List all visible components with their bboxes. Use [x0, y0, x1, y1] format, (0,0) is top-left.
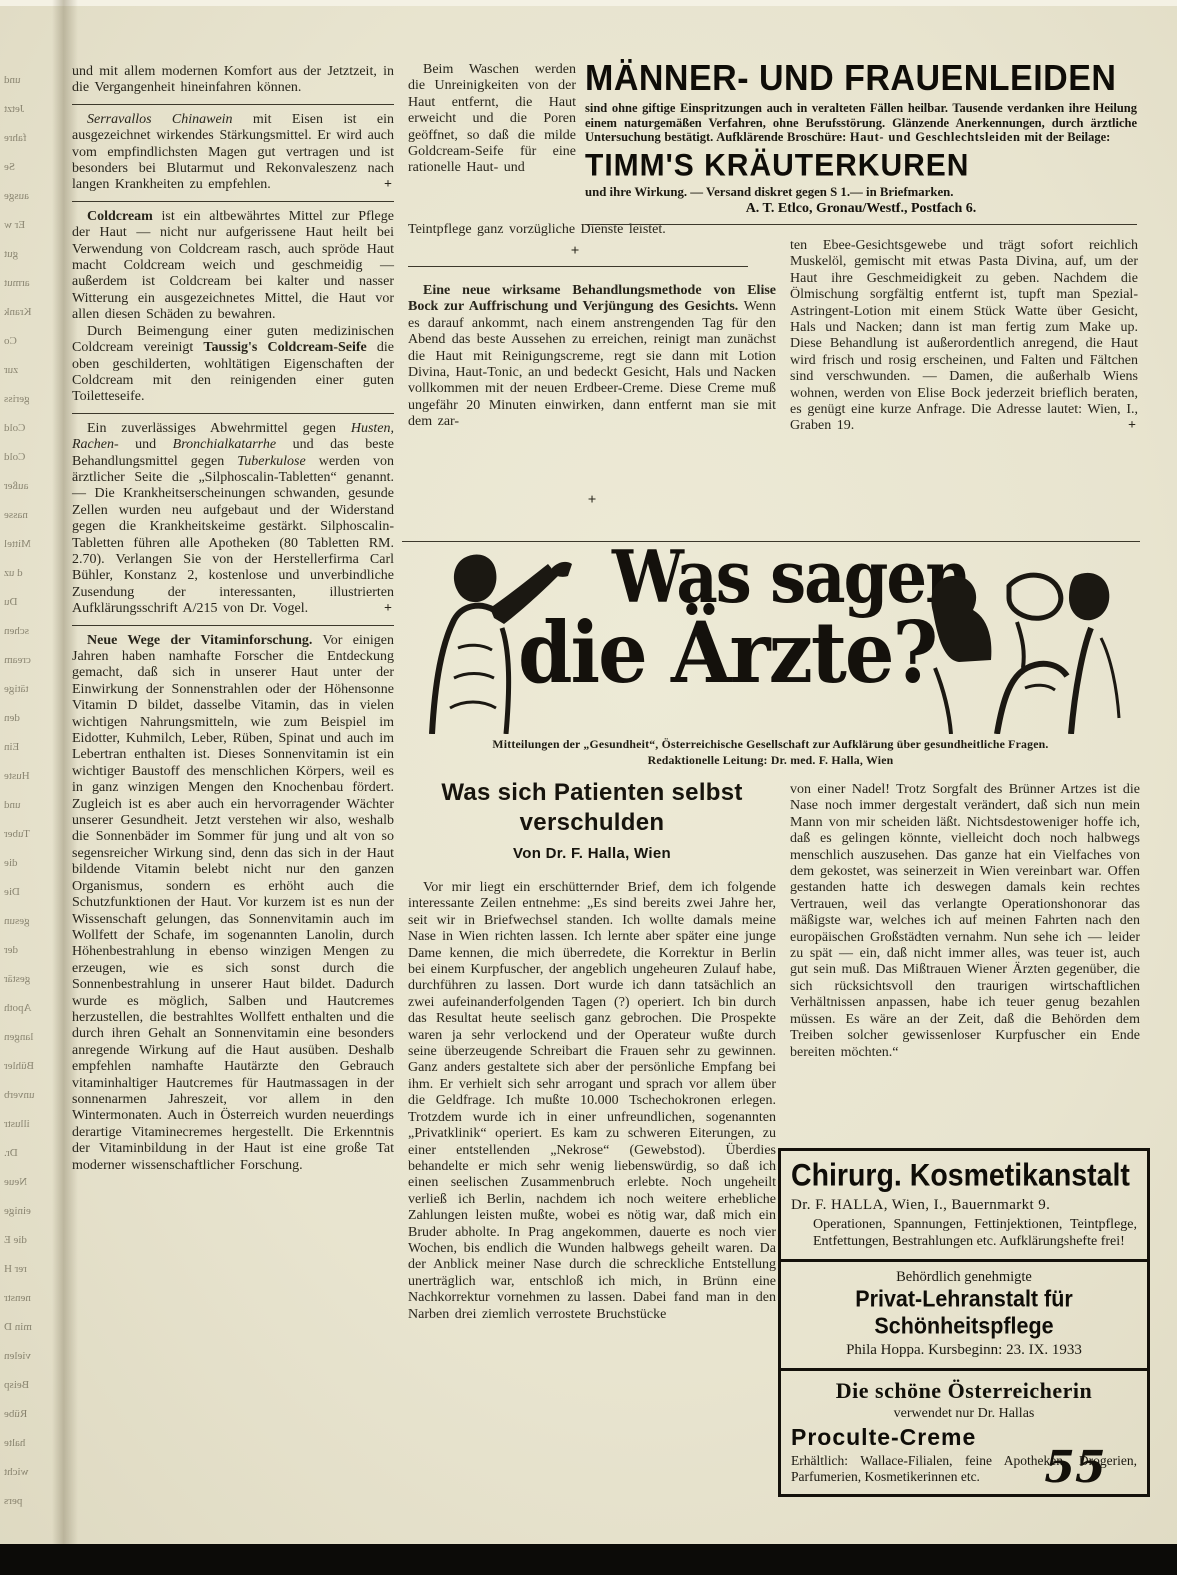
ad-proculte-subline: verwendet nur Dr. Hallas [791, 1406, 1137, 1422]
divider-rule [408, 266, 748, 267]
paragraph-lead: Coldcream [87, 209, 153, 224]
article-title-line2: verschulden [418, 808, 766, 838]
ad-body-bold: Haut- und Geschlechtsleiden [850, 130, 1021, 144]
divider-rule [585, 224, 1137, 225]
paragraph-lead: Neue Wege der Vitaminforschung. [87, 633, 312, 648]
paragraph-coldcream: Coldcream ist ein altbewährtes Mittel zu… [72, 209, 394, 324]
paragraph-lead: Serravallos Chinawein [87, 112, 233, 127]
paragraph-ebee-continuation: ten Ebee-Gesichtsgewebe und trägt sofort… [790, 238, 1138, 435]
end-mark-plus: + [1128, 418, 1136, 434]
ad-proculte-headline: Die schöne Österreicherin [791, 1378, 1137, 1404]
paragraph-text: ten Ebee-Gesichtsgewebe und trägt sofort… [790, 238, 1138, 433]
paragraph-taussig: Durch Beimengung einer guten medizinisch… [72, 324, 394, 406]
ad-body-post: mit der Beilage: [1021, 130, 1111, 144]
banner-headline-line2: die Ärzte? [518, 604, 936, 702]
ad-headline: MÄNNER- UND FRAUENLEIDEN [585, 58, 1137, 99]
banner-caption-line2: Redaktionelle Leitung: Dr. med. F. Halla… [398, 753, 1143, 768]
ad-kosmetikanstalt: Chirurg. Kosmetikanstalt Dr. F. HALLA, W… [781, 1151, 1147, 1259]
paragraph-silphoscalin: Ein zuverlässiges Abwehrmittel gegen Hus… [72, 421, 394, 618]
page-number: 55 [1010, 1442, 1140, 1493]
magazine-page: undJetztfahreSeausgeEr wgutarmutKrankCoz… [0, 0, 1177, 1575]
paragraph-lead: Eine neue wirksame Behandlungsmethode vo… [408, 283, 776, 314]
divider-rule [72, 104, 394, 105]
end-mark-plus: + [369, 601, 392, 617]
end-mark-plus: + [369, 177, 392, 193]
ad-body-text: sind ohne giftige Einspritzungen auch in… [585, 101, 1137, 145]
patients-group-illustration [905, 548, 1140, 734]
paragraph-goldcream-narrow: Beim Waschen werden die Unreinigkeiten v… [408, 62, 576, 177]
brand-name: Taussig's Coldcream-Seife [203, 340, 366, 355]
article-title-line1: Was sich Patienten selbst [418, 778, 766, 808]
ad-subline: und ihre Wirkung. — Versand diskret gege… [585, 185, 1137, 200]
article-column-left: Vor mir liegt ein erschütternder Brief, … [408, 880, 776, 1323]
ad-headline-timms: TIMM'S KRÄUTERKUREN [585, 148, 1137, 184]
banner-was-sagen-die-aerzte: Was sagen die Ärzte? [400, 548, 1140, 734]
ad-kosmetikanstalt-title: Chirurg. Kosmetikanstalt [791, 1158, 1137, 1194]
end-mark-plus: + [408, 492, 776, 509]
ad-lehranstalt-pre: Behördlich genehmigte [791, 1269, 1137, 1286]
term-italic: Bronchialkatarrhe [173, 437, 276, 452]
ad-lehranstalt-title: Privat-Lehranstalt für Schönheitspflege [791, 1286, 1137, 1340]
paragraph-text: Vor einigen Jahren haben namhafte Forsch… [72, 633, 394, 1173]
page-top-edge [0, 0, 1177, 6]
paragraph-text: Ein zuverlässiges Abwehrmittel gegen [87, 421, 351, 436]
paragraph-serravallos: Serravallos Chinawein mit Eisen ist ein … [72, 112, 394, 194]
ad-kosmetikanstalt-address: Dr. F. HALLA, Wien, I., Bauernmarkt 9. [791, 1197, 1137, 1214]
bleed-text-strip: undJetztfahreSeausgeEr wgutarmutKrankCoz… [4, 66, 54, 1526]
paragraph-text: ist ein altbewährtes Mittel zur Pflege d… [72, 209, 394, 322]
page-bottom-edge [0, 1544, 1177, 1575]
paragraph-text: werden von ärztlicher Seite die „Silphos… [72, 454, 394, 617]
paragraph-elise-bock: Eine neue wirksame Behandlungsmethode vo… [408, 283, 776, 431]
divider-rule [72, 625, 394, 626]
ad-kosmetikanstalt-services: Operationen, Spannungen, Fettinjektionen… [813, 1216, 1137, 1250]
divider-rule [72, 413, 394, 414]
ad-lehranstalt-course: Phila Hoppa. Kursbeginn: 23. IX. 1933 [791, 1342, 1137, 1359]
end-mark-plus: + [408, 243, 742, 260]
article-title: Was sich Patienten selbst verschulden [418, 778, 766, 838]
paragraph-text: und [119, 437, 173, 452]
term-italic: Tuberkulose [237, 454, 305, 469]
ad-lehranstalt: Behördlich genehmigte Privat-Lehranstalt… [781, 1259, 1147, 1368]
paragraph-text: Wenn es darauf ankommt, nach einem anstr… [408, 299, 776, 429]
left-column: und mit allem modernen Komfort aus der J… [72, 64, 394, 1174]
paragraph-vitaminforschung: Neue Wege der Vitaminforschung. Vor eini… [72, 633, 394, 1174]
ad-address: A. T. Etlco, Gronau/Westf., Postfach 6. [585, 201, 1137, 217]
article-column-right: von einer Nadel! Trotz Sorgfalt des Brün… [790, 782, 1140, 1061]
article-byline: Von Dr. F. Halla, Wien [418, 845, 766, 862]
ad-maenner-frauenleiden: MÄNNER- UND FRAUENLEIDEN sind ohne gifti… [585, 58, 1137, 217]
divider-rule [72, 201, 394, 202]
paragraph-komfort: und mit allem modernen Komfort aus der J… [72, 64, 394, 97]
banner-caption-line1: Mitteilungen der „Gesundheit“, Österreic… [398, 737, 1143, 752]
